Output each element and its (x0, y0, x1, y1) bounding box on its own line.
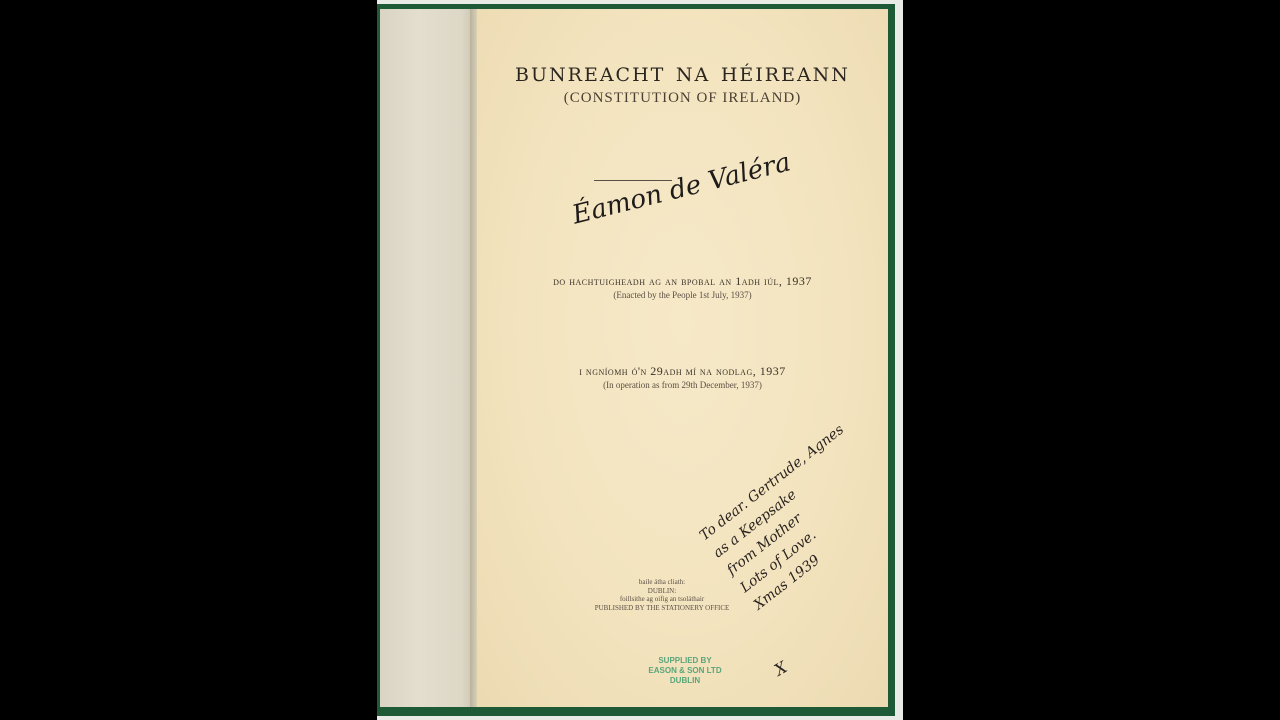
imprint-line: foillsithe ag oifig an tsoláthair (567, 595, 757, 604)
publisher-imprint: baile átha cliath: DUBLIN: foillsithe ag… (567, 578, 757, 612)
title-english: (CONSTITUTION OF IRELAND) (477, 90, 888, 107)
signature: Éamon de Valéra (569, 147, 793, 230)
imprint-line: DUBLIN: (567, 587, 757, 596)
stamp-line: EASON & SON LTD (625, 666, 745, 676)
title-page: bunreacht na héireann (CONSTITUTION OF I… (477, 9, 888, 707)
supplier-stamp: SUPPLIED BY EASON & SON LTD DUBLIN (625, 656, 745, 686)
enacted-english: (Enacted by the People 1st July, 1937) (477, 290, 888, 300)
operation-english: (In operation as from 29th December, 193… (477, 380, 888, 390)
operation-irish: i ngníomh ó'n 29adh mí na nodlag, 1937 (477, 364, 888, 379)
imprint-line: baile átha cliath: (567, 578, 757, 587)
imprint-line: PUBLISHED BY THE STATIONERY OFFICE (567, 604, 757, 613)
endpaper (380, 9, 476, 707)
stamp-line: SUPPLIED BY (625, 656, 745, 666)
handwritten-initials: X (771, 657, 790, 679)
title-irish: bunreacht na héireann (477, 57, 888, 88)
stamp-line: DUBLIN (625, 676, 745, 686)
enacted-irish: do hachtuigheadh ag an bpobal an 1adh iú… (477, 274, 888, 289)
